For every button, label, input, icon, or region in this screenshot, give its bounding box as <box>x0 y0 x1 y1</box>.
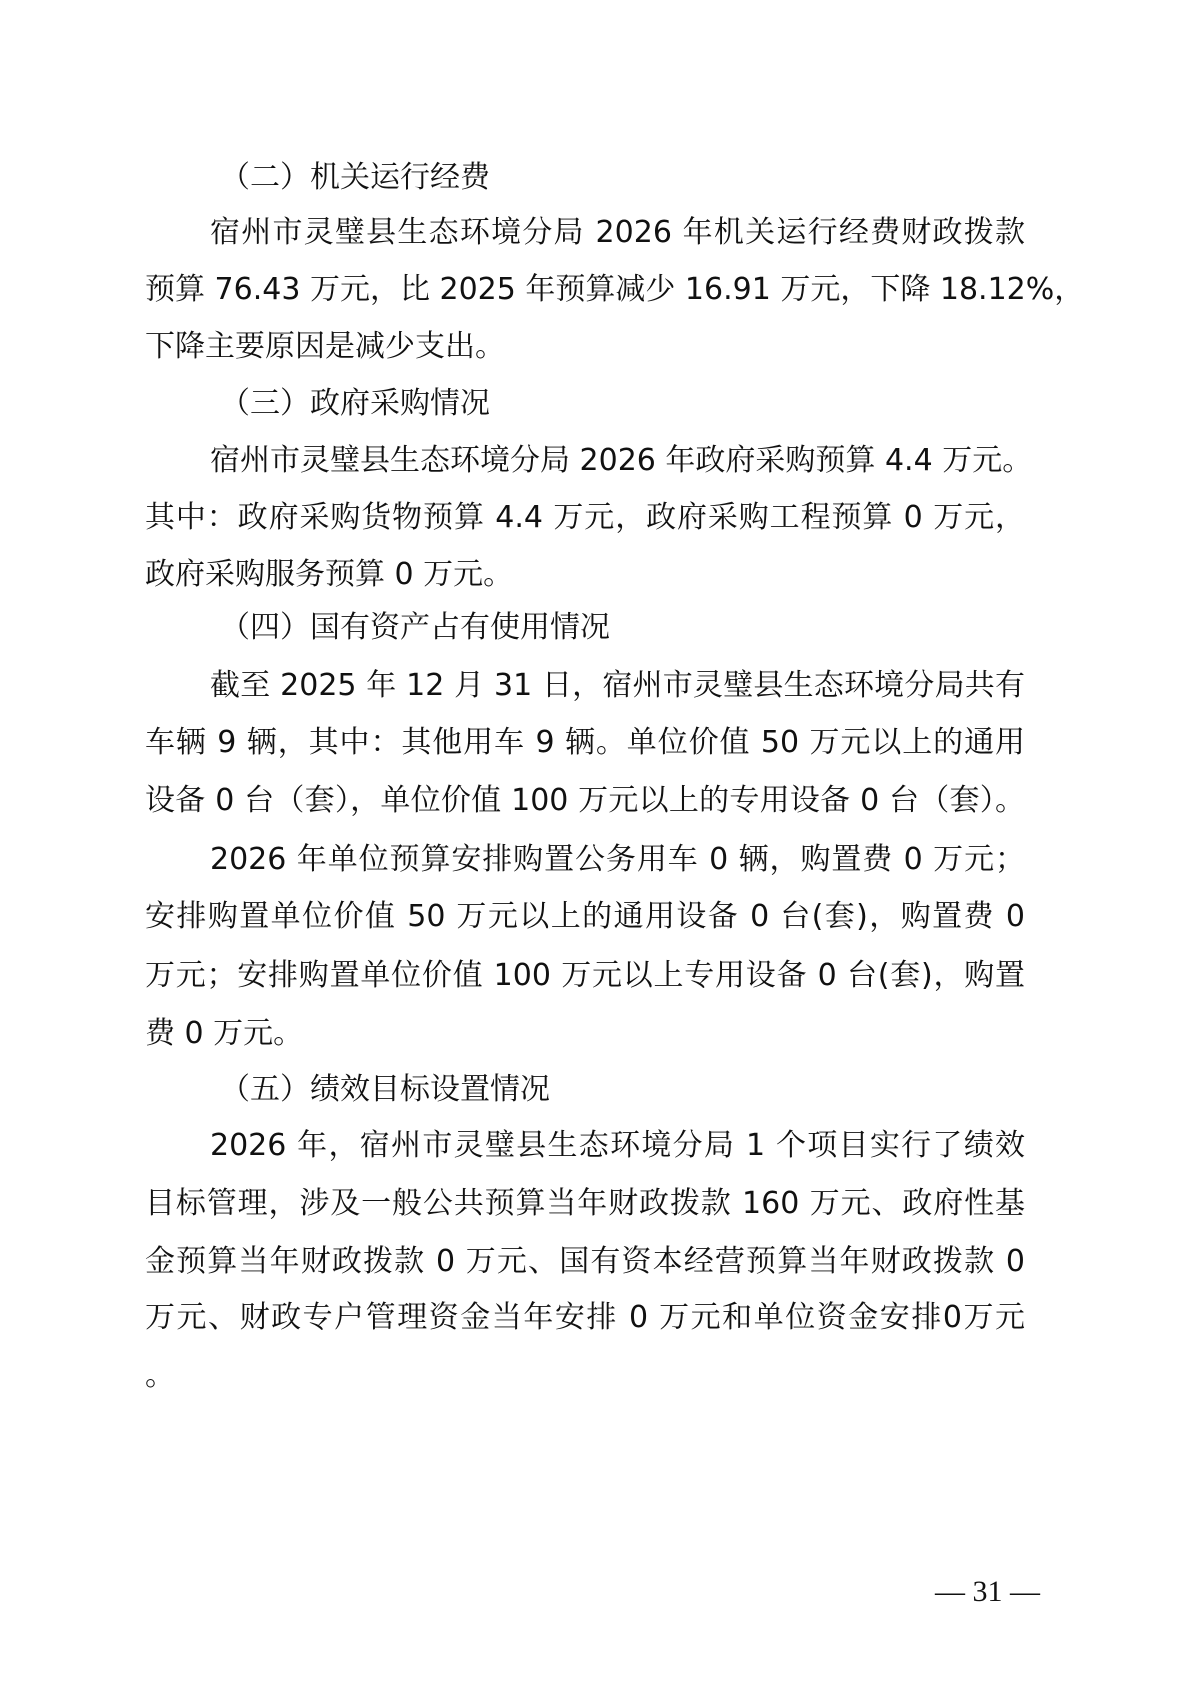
paragraph-line: 2026 年单位预算安排购置公务用车 0 辆，购置费 0 万元； <box>210 840 1025 880</box>
paragraph-line: 预算 76.43 万元，比 2025 年预算减少 16.91 万元，下降 18.… <box>145 270 1025 310</box>
document-page: （二）机关运行经费 宿州市灵璧县生态环境分局 2026 年机关运行经费财政拨款 … <box>0 0 1190 1683</box>
section-heading-5: （五）绩效目标设置情况 <box>220 1070 550 1110</box>
paragraph-line: 设备 0 台（套），单位价值 100 万元以上的专用设备 0 台（套）。 <box>145 781 1025 821</box>
paragraph-line: 宿州市灵璧县生态环境分局 2026 年机关运行经费财政拨款 <box>210 213 1025 253</box>
page-number: — 31 — <box>935 1572 1040 1612</box>
paragraph-line: 万元、财政专户管理资金当年安排 0 万元和单位资金安排0万元 <box>145 1298 1025 1338</box>
section-heading-4: （四）国有资产占有使用情况 <box>220 608 610 648</box>
paragraph-line: 目标管理，涉及一般公共预算当年财政拨款 160 万元、政府性基 <box>145 1184 1025 1224</box>
paragraph-line: 安排购置单位价值 50 万元以上的通用设备 0 台(套)，购置费 0 <box>145 897 1025 937</box>
paragraph-line: 金预算当年财政拨款 0 万元、国有资本经营预算当年财政拨款 0 <box>145 1242 1025 1282</box>
section-heading-2: （二）机关运行经费 <box>220 158 490 198</box>
paragraph-line: 。 <box>145 1356 1025 1396</box>
paragraph-line: 2026 年，宿州市灵璧县生态环境分局 1 个项目实行了绩效 <box>210 1126 1025 1166</box>
paragraph-line: 其中：政府采购货物预算 4.4 万元，政府采购工程预算 0 万元， <box>145 498 1025 538</box>
paragraph-line: 政府采购服务预算 0 万元。 <box>145 555 1025 595</box>
paragraph-line: 截至 2025 年 12 月 31 日，宿州市灵璧县生态环境分局共有 <box>210 666 1025 706</box>
paragraph-line: 车辆 9 辆，其中：其他用车 9 辆。单位价值 50 万元以上的通用 <box>145 723 1025 763</box>
paragraph-line: 万元；安排购置单位价值 100 万元以上专用设备 0 台(套)，购置 <box>145 956 1025 996</box>
paragraph-line: 下降主要原因是减少支出。 <box>145 327 1025 367</box>
paragraph-line: 费 0 万元。 <box>145 1014 1025 1054</box>
paragraph-line: 宿州市灵璧县生态环境分局 2026 年政府采购预算 4.4 万元。 <box>210 441 1025 481</box>
section-heading-3: （三）政府采购情况 <box>220 384 490 424</box>
